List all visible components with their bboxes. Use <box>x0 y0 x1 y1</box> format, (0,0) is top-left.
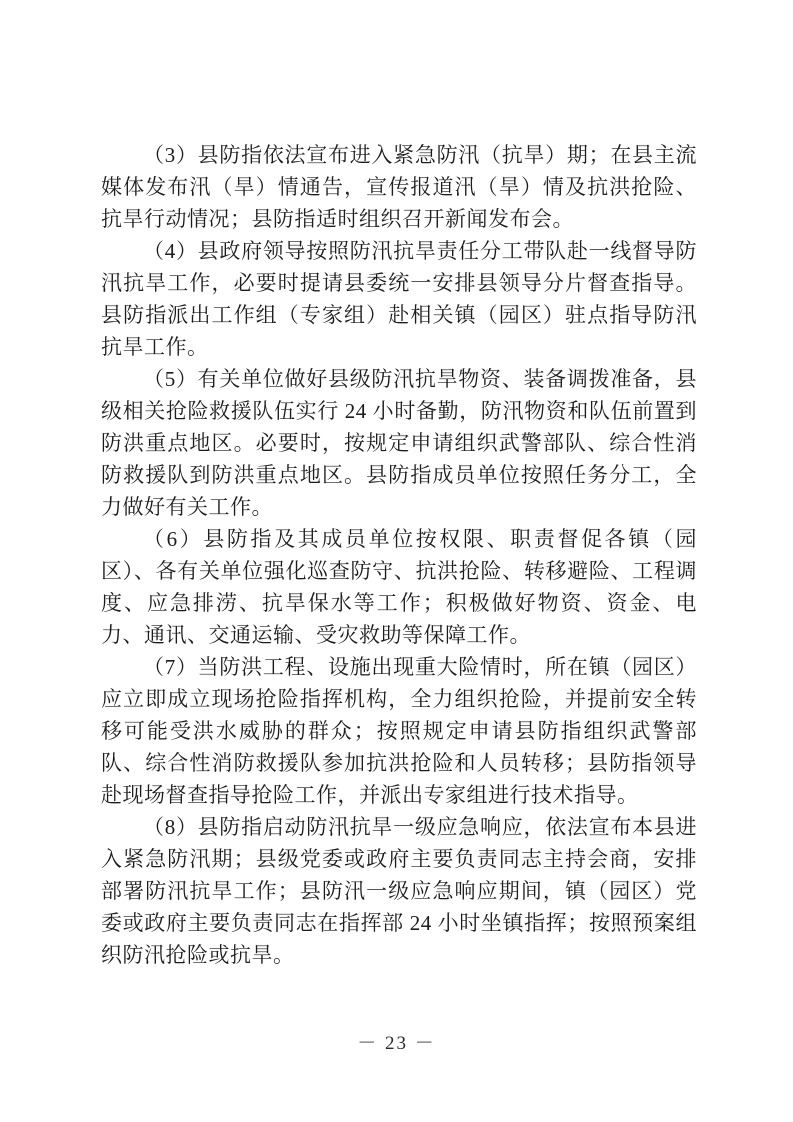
body-paragraph: （7）当防洪工程、设施出现重大险情时，所在镇（园区）应立即成立现场抢险指挥机构，… <box>101 651 697 811</box>
body-paragraph: （6）县防指及其成员单位按权限、职责督促各镇（园区）、各有关单位强化巡查防守、抗… <box>101 523 697 651</box>
page-footer: － 23 － <box>0 1028 793 1055</box>
body-paragraph: （5）有关单位做好县级防汛抗旱物资、装备调拨准备，县级相关抢险救援队伍实行 24… <box>101 363 697 523</box>
body-paragraph: （3）县防指依法宣布进入紧急防汛（抗旱）期；在县主流媒体发布汛（旱）情通告，宣传… <box>101 139 697 235</box>
document-page: （3）县防指依法宣布进入紧急防汛（抗旱）期；在县主流媒体发布汛（旱）情通告，宣传… <box>0 0 793 1122</box>
body-paragraph: （4）县政府领导按照防汛抗旱责任分工带队赴一线督导防汛抗旱工作，必要时提请县委统… <box>101 235 697 363</box>
page-number: － 23 － <box>357 1033 436 1054</box>
body-paragraph: （8）县防指启动防汛抗旱一级应急响应，依法宣布本县进入紧急防汛期；县级党委或政府… <box>101 811 697 971</box>
document-body: （3）县防指依法宣布进入紧急防汛（抗旱）期；在县主流媒体发布汛（旱）情通告，宣传… <box>101 139 697 971</box>
